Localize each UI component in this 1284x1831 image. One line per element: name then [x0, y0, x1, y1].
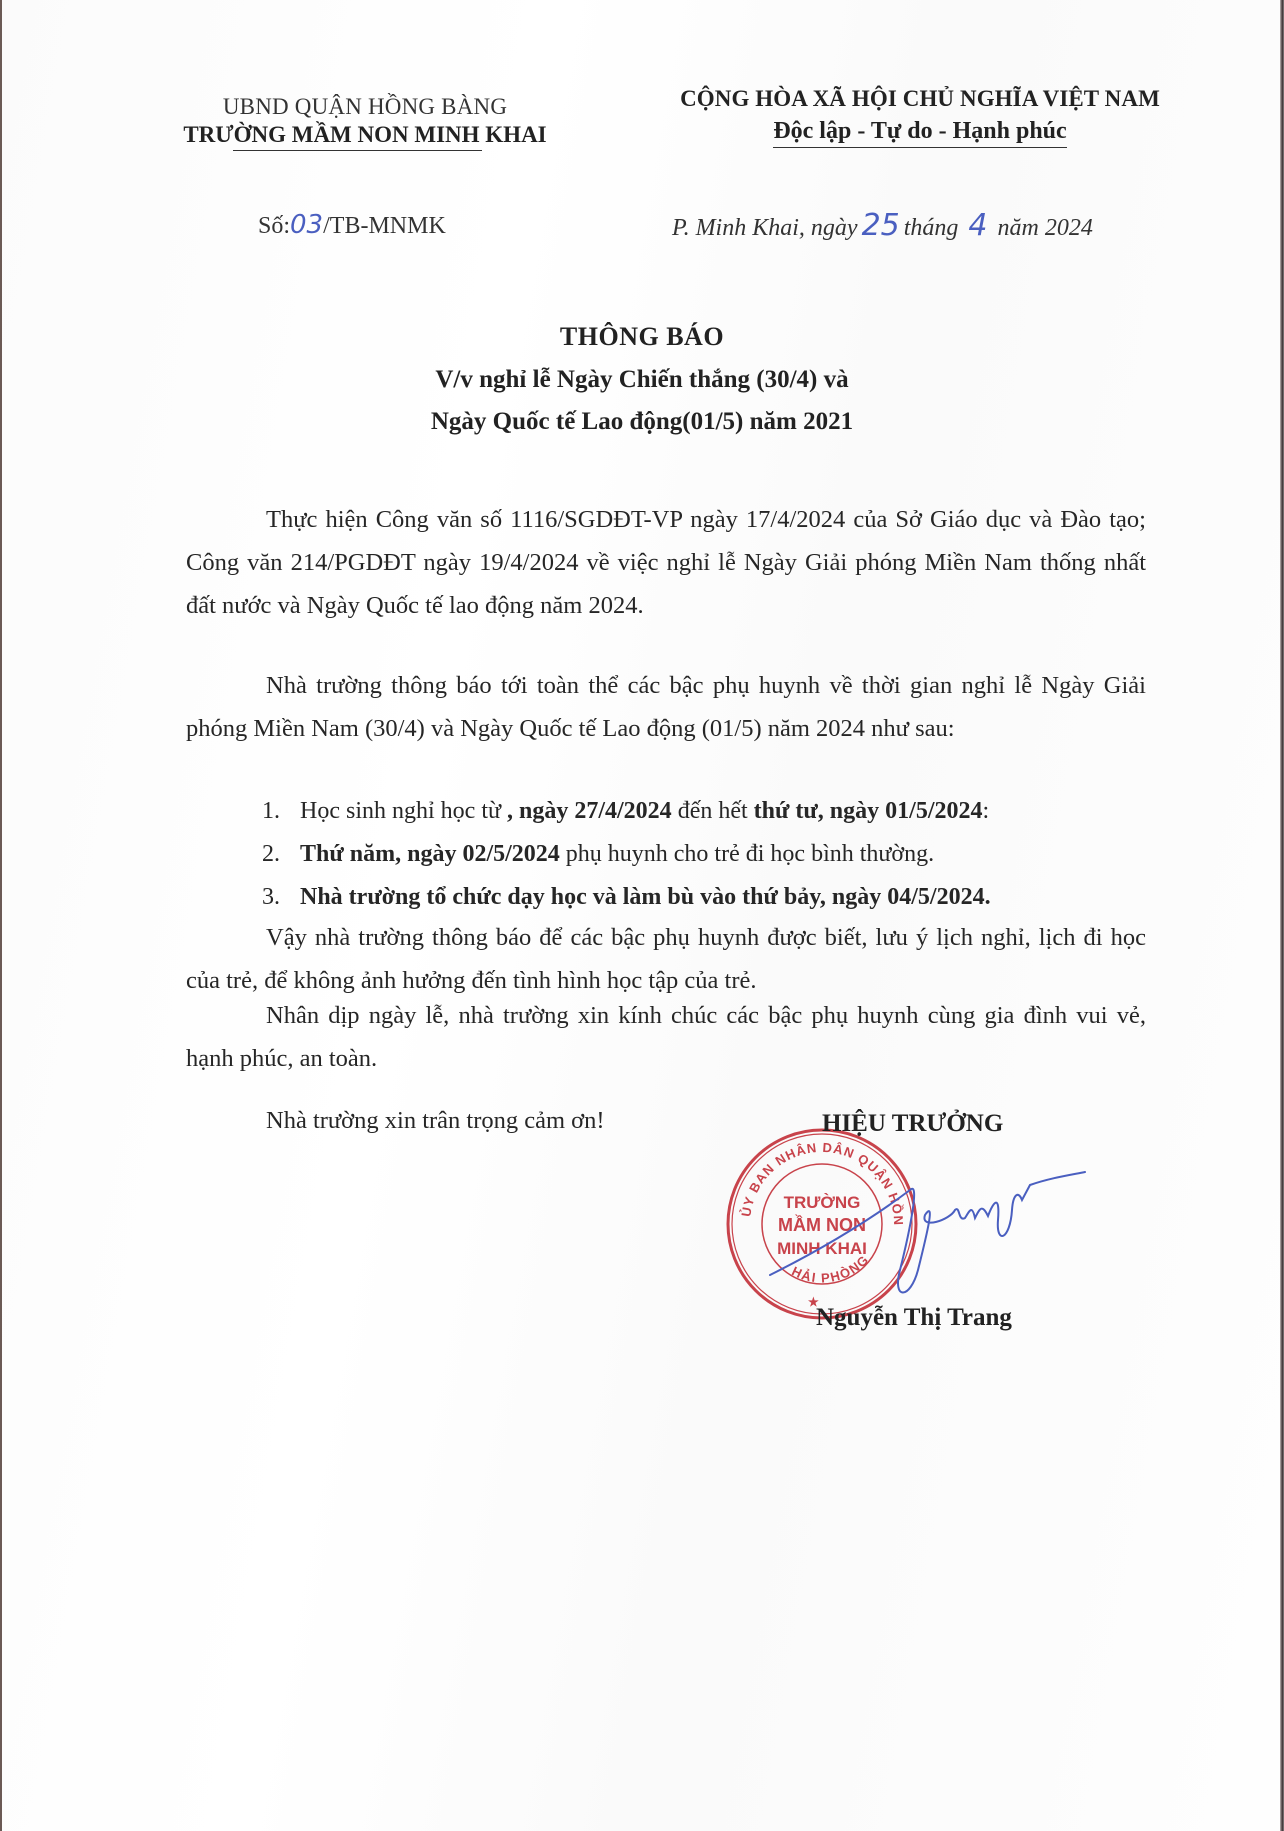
paper-edge-right: [1280, 0, 1284, 1831]
document-page: UBND QUẬN HỒNG BÀNG TRƯỜNG MẦM NON MINH …: [0, 0, 1284, 1831]
issuer-header: UBND QUẬN HỒNG BÀNG TRƯỜNG MẦM NON MINH …: [160, 94, 570, 148]
list-item-text: Nhà trường tổ chức dạy học và làm bù vào…: [300, 876, 991, 919]
list-item: 1.Học sinh nghỉ học từ , ngày 27/4/2024 …: [262, 790, 1162, 833]
list-item-text: Học sinh nghỉ học từ , ngày 27/4/2024 đế…: [300, 790, 989, 833]
paper-edge-left: [0, 0, 2, 1831]
issuing-agency: UBND QUẬN HỒNG BÀNG: [160, 94, 570, 120]
signer-title: HIỆU TRƯỞNG: [822, 1110, 1003, 1138]
paragraph-announcement: Nhà trường thông báo tới toàn thể các bậ…: [186, 664, 1146, 750]
month-label: tháng: [904, 215, 959, 241]
school-underline: [233, 150, 481, 152]
notice-title: THÔNG BÁO: [0, 322, 1284, 352]
paragraph-reference: Thực hiện Công văn số 1116/SGDĐT-VP ngày…: [186, 498, 1146, 627]
national-motto: Độc lập - Tự do - Hạnh phúc: [773, 118, 1066, 148]
day-handwritten: 25: [862, 208, 900, 243]
signer-name: Nguyễn Thị Trang: [816, 1304, 1012, 1332]
notice-subject-line-1: V/v nghỉ lễ Ngày Chiến thắng (30/4) và: [0, 366, 1284, 394]
list-item-number: 3.: [262, 876, 300, 919]
paragraph-notice: Vậy nhà trường thông báo để các bậc phụ …: [186, 916, 1146, 1002]
list-item-text: Thứ năm, ngày 02/5/2024 phụ huynh cho tr…: [300, 833, 934, 876]
month-handwritten: 4: [968, 208, 987, 243]
notice-title-block: THÔNG BÁO V/v nghỉ lễ Ngày Chiến thắng (…: [0, 322, 1284, 436]
place-and-date: P. Minh Khai, ngày25tháng 4 năm 2024: [672, 208, 1093, 243]
national-title: CỘNG HÒA XÃ HỘI CHỦ NGHĨA VIỆT NAM: [640, 86, 1200, 112]
school-name-text: TRƯỜNG MẦM NON MINH KHAI: [183, 122, 546, 147]
list-item-number: 1.: [262, 790, 300, 833]
national-header: CỘNG HÒA XÃ HỘI CHỦ NGHĨA VIỆT NAM Độc l…: [640, 86, 1200, 148]
list-item: 2.Thứ năm, ngày 02/5/2024 phụ huynh cho …: [262, 833, 1162, 876]
document-number: Số:03/TB-MNMK: [258, 210, 446, 240]
principal-signature-icon: [760, 1160, 1090, 1310]
doc-number-suffix: /TB-MNMK: [323, 213, 446, 239]
doc-number-handwritten: 03: [290, 210, 323, 240]
holiday-schedule-list: 1.Học sinh nghỉ học từ , ngày 27/4/2024 …: [262, 790, 1162, 919]
doc-number-prefix: Số:: [258, 213, 290, 239]
year-text: năm 2024: [998, 215, 1093, 241]
place-prefix: P. Minh Khai, ngày: [672, 215, 858, 241]
list-item: 3.Nhà trường tổ chức dạy học và làm bù v…: [262, 876, 1162, 919]
school-name: TRƯỜNG MẦM NON MINH KHAI: [183, 122, 546, 148]
notice-subject-line-2: Ngày Quốc tế Lao động(01/5) năm 2021: [0, 408, 1284, 436]
paragraph-wishes: Nhân dịp ngày lễ, nhà trường xin kính ch…: [186, 994, 1146, 1080]
list-item-number: 2.: [262, 833, 300, 876]
